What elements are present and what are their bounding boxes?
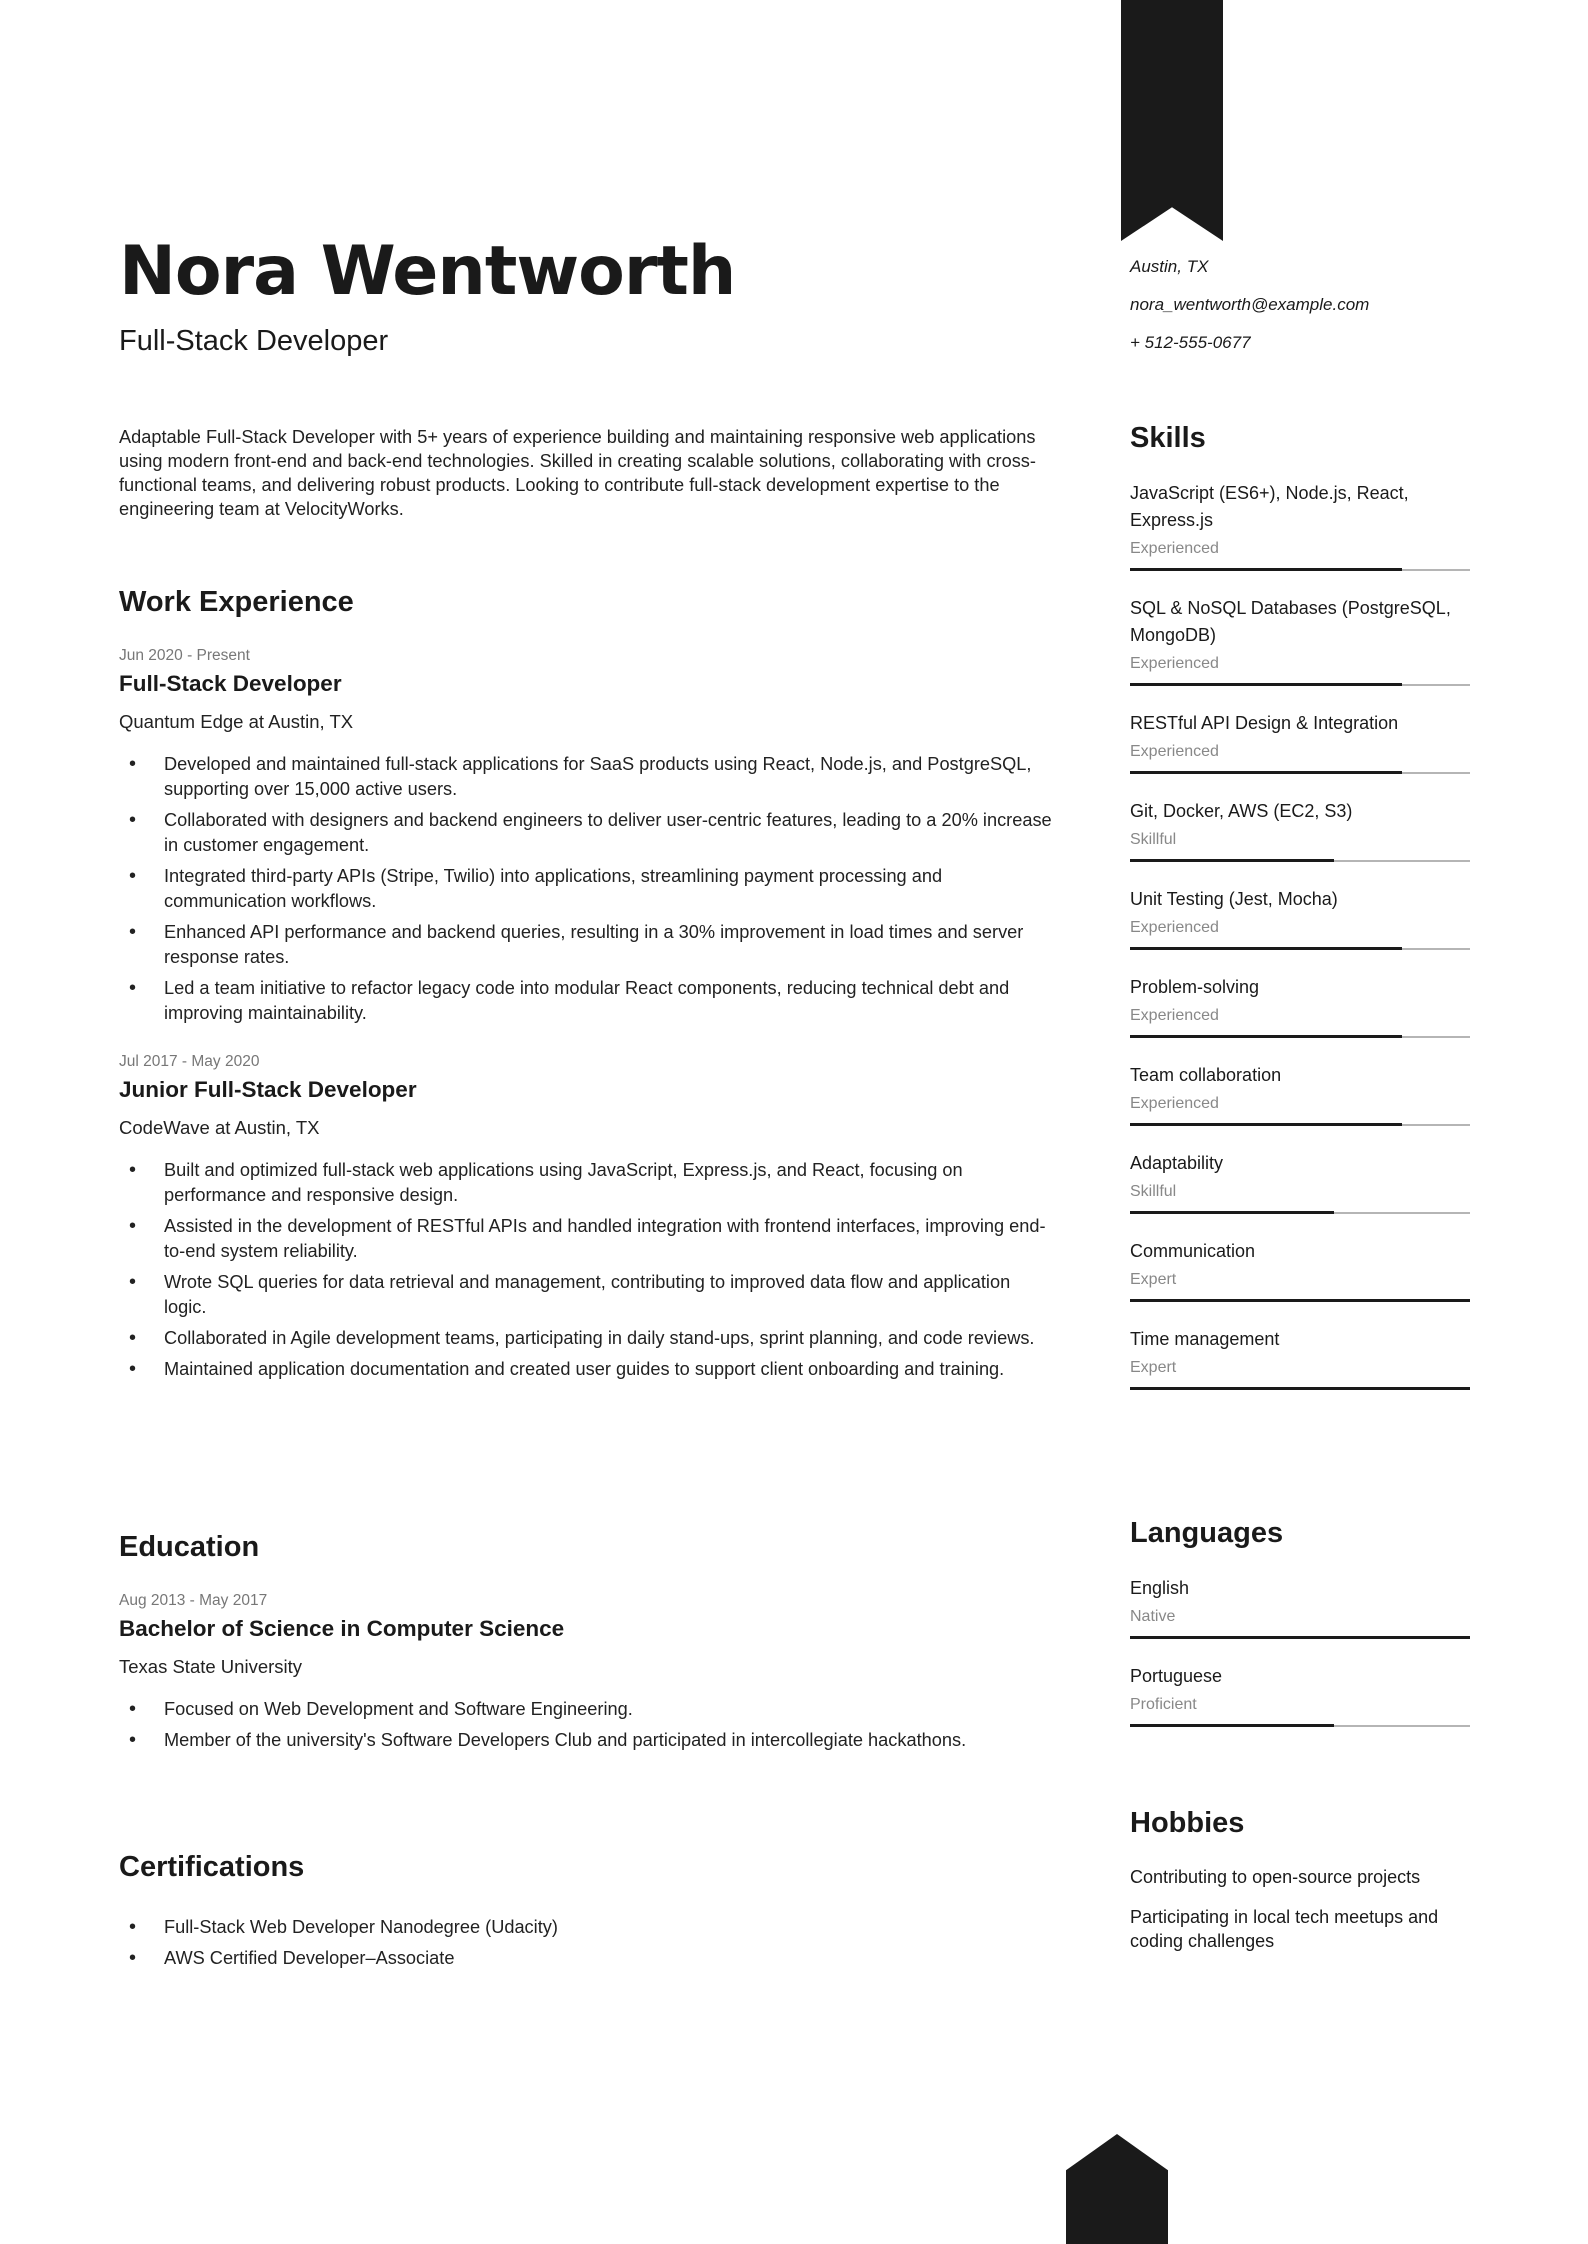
skill-item: JavaScript (ES6+), Node.js, React, Expre… — [1130, 480, 1470, 571]
skill-item-level-bar-fill — [1130, 771, 1402, 774]
skill-item-level-bar — [1130, 860, 1470, 862]
language-item-name: English — [1130, 1575, 1470, 1602]
language-item-level: Native — [1130, 1606, 1470, 1628]
skill-item-level: Experienced — [1130, 1093, 1470, 1115]
contact-phone[interactable]: + 512-555-0677 — [1130, 332, 1369, 354]
candidate-headline: Full-Stack Developer — [119, 324, 388, 359]
skill-item-name: Git, Docker, AWS (EC2, S3) — [1130, 798, 1470, 825]
bullet-item: Focused on Web Development and Software … — [119, 1697, 1054, 1722]
skill-item-level: Skillful — [1130, 1181, 1470, 1203]
work-entry: Jul 2017 - May 2020 Junior Full-Stack De… — [119, 1052, 1054, 1382]
entry-title: Bachelor of Science in Computer Science — [119, 1615, 1054, 1643]
education-entry: Aug 2013 - May 2017 Bachelor of Science … — [119, 1591, 1054, 1753]
skill-item-level: Expert — [1130, 1357, 1470, 1379]
entry-date: Jun 2020 - Present — [119, 646, 1054, 666]
skill-item-name: Time management — [1130, 1326, 1470, 1353]
skill-item-name: RESTful API Design & Integration — [1130, 710, 1470, 737]
skill-item: Git, Docker, AWS (EC2, S3)Skillful — [1130, 798, 1470, 862]
entry-title: Full-Stack Developer — [119, 670, 1054, 698]
bullet-item: Collaborated with designers and backend … — [119, 808, 1054, 858]
education-section: Education Aug 2013 - May 2017 Bachelor o… — [119, 1530, 1054, 1759]
skill-item-level-bar-fill — [1130, 1387, 1470, 1390]
bullet-item: Led a team initiative to refactor legacy… — [119, 976, 1054, 1026]
skill-item: AdaptabilitySkillful — [1130, 1150, 1470, 1214]
skill-item-level: Experienced — [1130, 538, 1470, 560]
skill-item: Unit Testing (Jest, Mocha)Experienced — [1130, 886, 1470, 950]
hobbies-section: Hobbies Contributing to open-source proj… — [1130, 1806, 1470, 1969]
bullet-item: Enhanced API performance and backend que… — [119, 920, 1054, 970]
language-item-level-bar-fill — [1130, 1724, 1334, 1727]
skill-item-level-bar — [1130, 1388, 1470, 1390]
skill-item-level-bar-fill — [1130, 1211, 1334, 1214]
skill-item-level-bar — [1130, 772, 1470, 774]
section-title-languages: Languages — [1130, 1516, 1470, 1551]
skill-item-level: Experienced — [1130, 653, 1470, 675]
skill-item-level-bar — [1130, 569, 1470, 571]
skill-item: Problem-solvingExperienced — [1130, 974, 1470, 1038]
language-item-level-bar-fill — [1130, 1636, 1470, 1639]
skill-item-name: Problem-solving — [1130, 974, 1470, 1001]
contact-email[interactable]: nora_wentworth@example.com — [1130, 294, 1369, 316]
skill-item-level: Skillful — [1130, 829, 1470, 851]
language-item-name: Portuguese — [1130, 1663, 1470, 1690]
skill-item: Team collaborationExperienced — [1130, 1062, 1470, 1126]
entry-bullets: Developed and maintained full-stack appl… — [119, 752, 1054, 1026]
hobby-item: Contributing to open-source projects — [1130, 1865, 1470, 1889]
skill-item-level-bar-fill — [1130, 1123, 1402, 1126]
profile-summary: Adaptable Full-Stack Developer with 5+ y… — [119, 425, 1054, 521]
language-item-level-bar — [1130, 1637, 1470, 1639]
entry-bullets: Built and optimized full-stack web appli… — [119, 1158, 1054, 1382]
bullet-item: Assisted in the development of RESTful A… — [119, 1214, 1054, 1264]
bullet-item: Developed and maintained full-stack appl… — [119, 752, 1054, 802]
skill-item-level-bar — [1130, 1036, 1470, 1038]
entry-bullets: Focused on Web Development and Software … — [119, 1697, 1054, 1753]
skill-item-level-bar — [1130, 1212, 1470, 1214]
skill-item-name: Communication — [1130, 1238, 1470, 1265]
skill-item-level: Experienced — [1130, 1005, 1470, 1027]
skill-item-level-bar-fill — [1130, 1035, 1402, 1038]
language-item-level-bar — [1130, 1725, 1470, 1727]
skill-item-level-bar — [1130, 1300, 1470, 1302]
contact-info: Austin, TX nora_wentworth@example.com + … — [1130, 256, 1369, 370]
work-entry: Jun 2020 - Present Full-Stack Developer … — [119, 646, 1054, 1026]
candidate-name: Nora Wentworth — [119, 238, 735, 306]
languages-section: Languages EnglishNativePortugueseProfici… — [1130, 1516, 1470, 1751]
skill-item-level-bar-fill — [1130, 947, 1402, 950]
skill-item-name: Unit Testing (Jest, Mocha) — [1130, 886, 1470, 913]
section-title-education: Education — [119, 1530, 1054, 1565]
certifications-section: Certifications Full-Stack Web Developer … — [119, 1850, 1054, 1977]
skill-item-level-bar-fill — [1130, 683, 1402, 686]
skill-item-level-bar — [1130, 1124, 1470, 1126]
bullet-item: Wrote SQL queries for data retrieval and… — [119, 1270, 1054, 1320]
language-item-level: Proficient — [1130, 1694, 1470, 1716]
work-experience-section: Work Experience Jun 2020 - Present Full-… — [119, 585, 1054, 1388]
skill-item-name: Team collaboration — [1130, 1062, 1470, 1089]
entry-company: CodeWave at Austin, TX — [119, 1116, 1054, 1140]
section-title-hobbies: Hobbies — [1130, 1806, 1470, 1841]
hobby-item: Participating in local tech meetups and … — [1130, 1905, 1470, 1953]
skills-list: JavaScript (ES6+), Node.js, React, Expre… — [1130, 480, 1470, 1390]
certification-item: Full-Stack Web Developer Nanodegree (Uda… — [119, 1915, 1054, 1940]
certification-item: AWS Certified Developer–Associate — [119, 1946, 1054, 1971]
skill-item: RESTful API Design & IntegrationExperien… — [1130, 710, 1470, 774]
skill-item-name: JavaScript (ES6+), Node.js, React, Expre… — [1130, 480, 1470, 534]
skill-item: CommunicationExpert — [1130, 1238, 1470, 1302]
entry-date: Aug 2013 - May 2017 — [119, 1591, 1054, 1611]
entry-title: Junior Full-Stack Developer — [119, 1076, 1054, 1104]
languages-list: EnglishNativePortugueseProficient — [1130, 1575, 1470, 1727]
bullet-item: Built and optimized full-stack web appli… — [119, 1158, 1054, 1208]
skill-item-level-bar-fill — [1130, 1299, 1470, 1302]
skill-item-level-bar — [1130, 948, 1470, 950]
bookmark-ribbon-top — [1121, 0, 1223, 241]
bullet-item: Collaborated in Agile development teams,… — [119, 1326, 1054, 1351]
skill-item: Time managementExpert — [1130, 1326, 1470, 1390]
skill-item-level-bar — [1130, 684, 1470, 686]
skill-item: SQL & NoSQL Databases (PostgreSQL, Mongo… — [1130, 595, 1470, 686]
section-title-skills: Skills — [1130, 421, 1470, 456]
contact-location: Austin, TX — [1130, 256, 1369, 278]
language-item: EnglishNative — [1130, 1575, 1470, 1639]
skill-item-level-bar-fill — [1130, 859, 1334, 862]
skill-item-level: Experienced — [1130, 917, 1470, 939]
entry-date: Jul 2017 - May 2020 — [119, 1052, 1054, 1072]
skills-section: Skills JavaScript (ES6+), Node.js, React… — [1130, 421, 1470, 1414]
skill-item-level: Experienced — [1130, 741, 1470, 763]
skill-item-level: Expert — [1130, 1269, 1470, 1291]
skill-item-name: Adaptability — [1130, 1150, 1470, 1177]
language-item: PortugueseProficient — [1130, 1663, 1470, 1727]
certification-list: Full-Stack Web Developer Nanodegree (Uda… — [119, 1915, 1054, 1971]
bullet-item: Integrated third-party APIs (Stripe, Twi… — [119, 864, 1054, 914]
section-title-work: Work Experience — [119, 585, 1054, 620]
section-title-certifications: Certifications — [119, 1850, 1054, 1885]
entry-company: Quantum Edge at Austin, TX — [119, 710, 1054, 734]
skill-item-name: SQL & NoSQL Databases (PostgreSQL, Mongo… — [1130, 595, 1470, 649]
bookmark-ribbon-bottom — [1066, 2134, 1168, 2244]
bullet-item: Member of the university's Software Deve… — [119, 1728, 1054, 1753]
skill-item-level-bar-fill — [1130, 568, 1402, 571]
entry-school: Texas State University — [119, 1655, 1054, 1679]
bullet-item: Maintained application documentation and… — [119, 1357, 1054, 1382]
